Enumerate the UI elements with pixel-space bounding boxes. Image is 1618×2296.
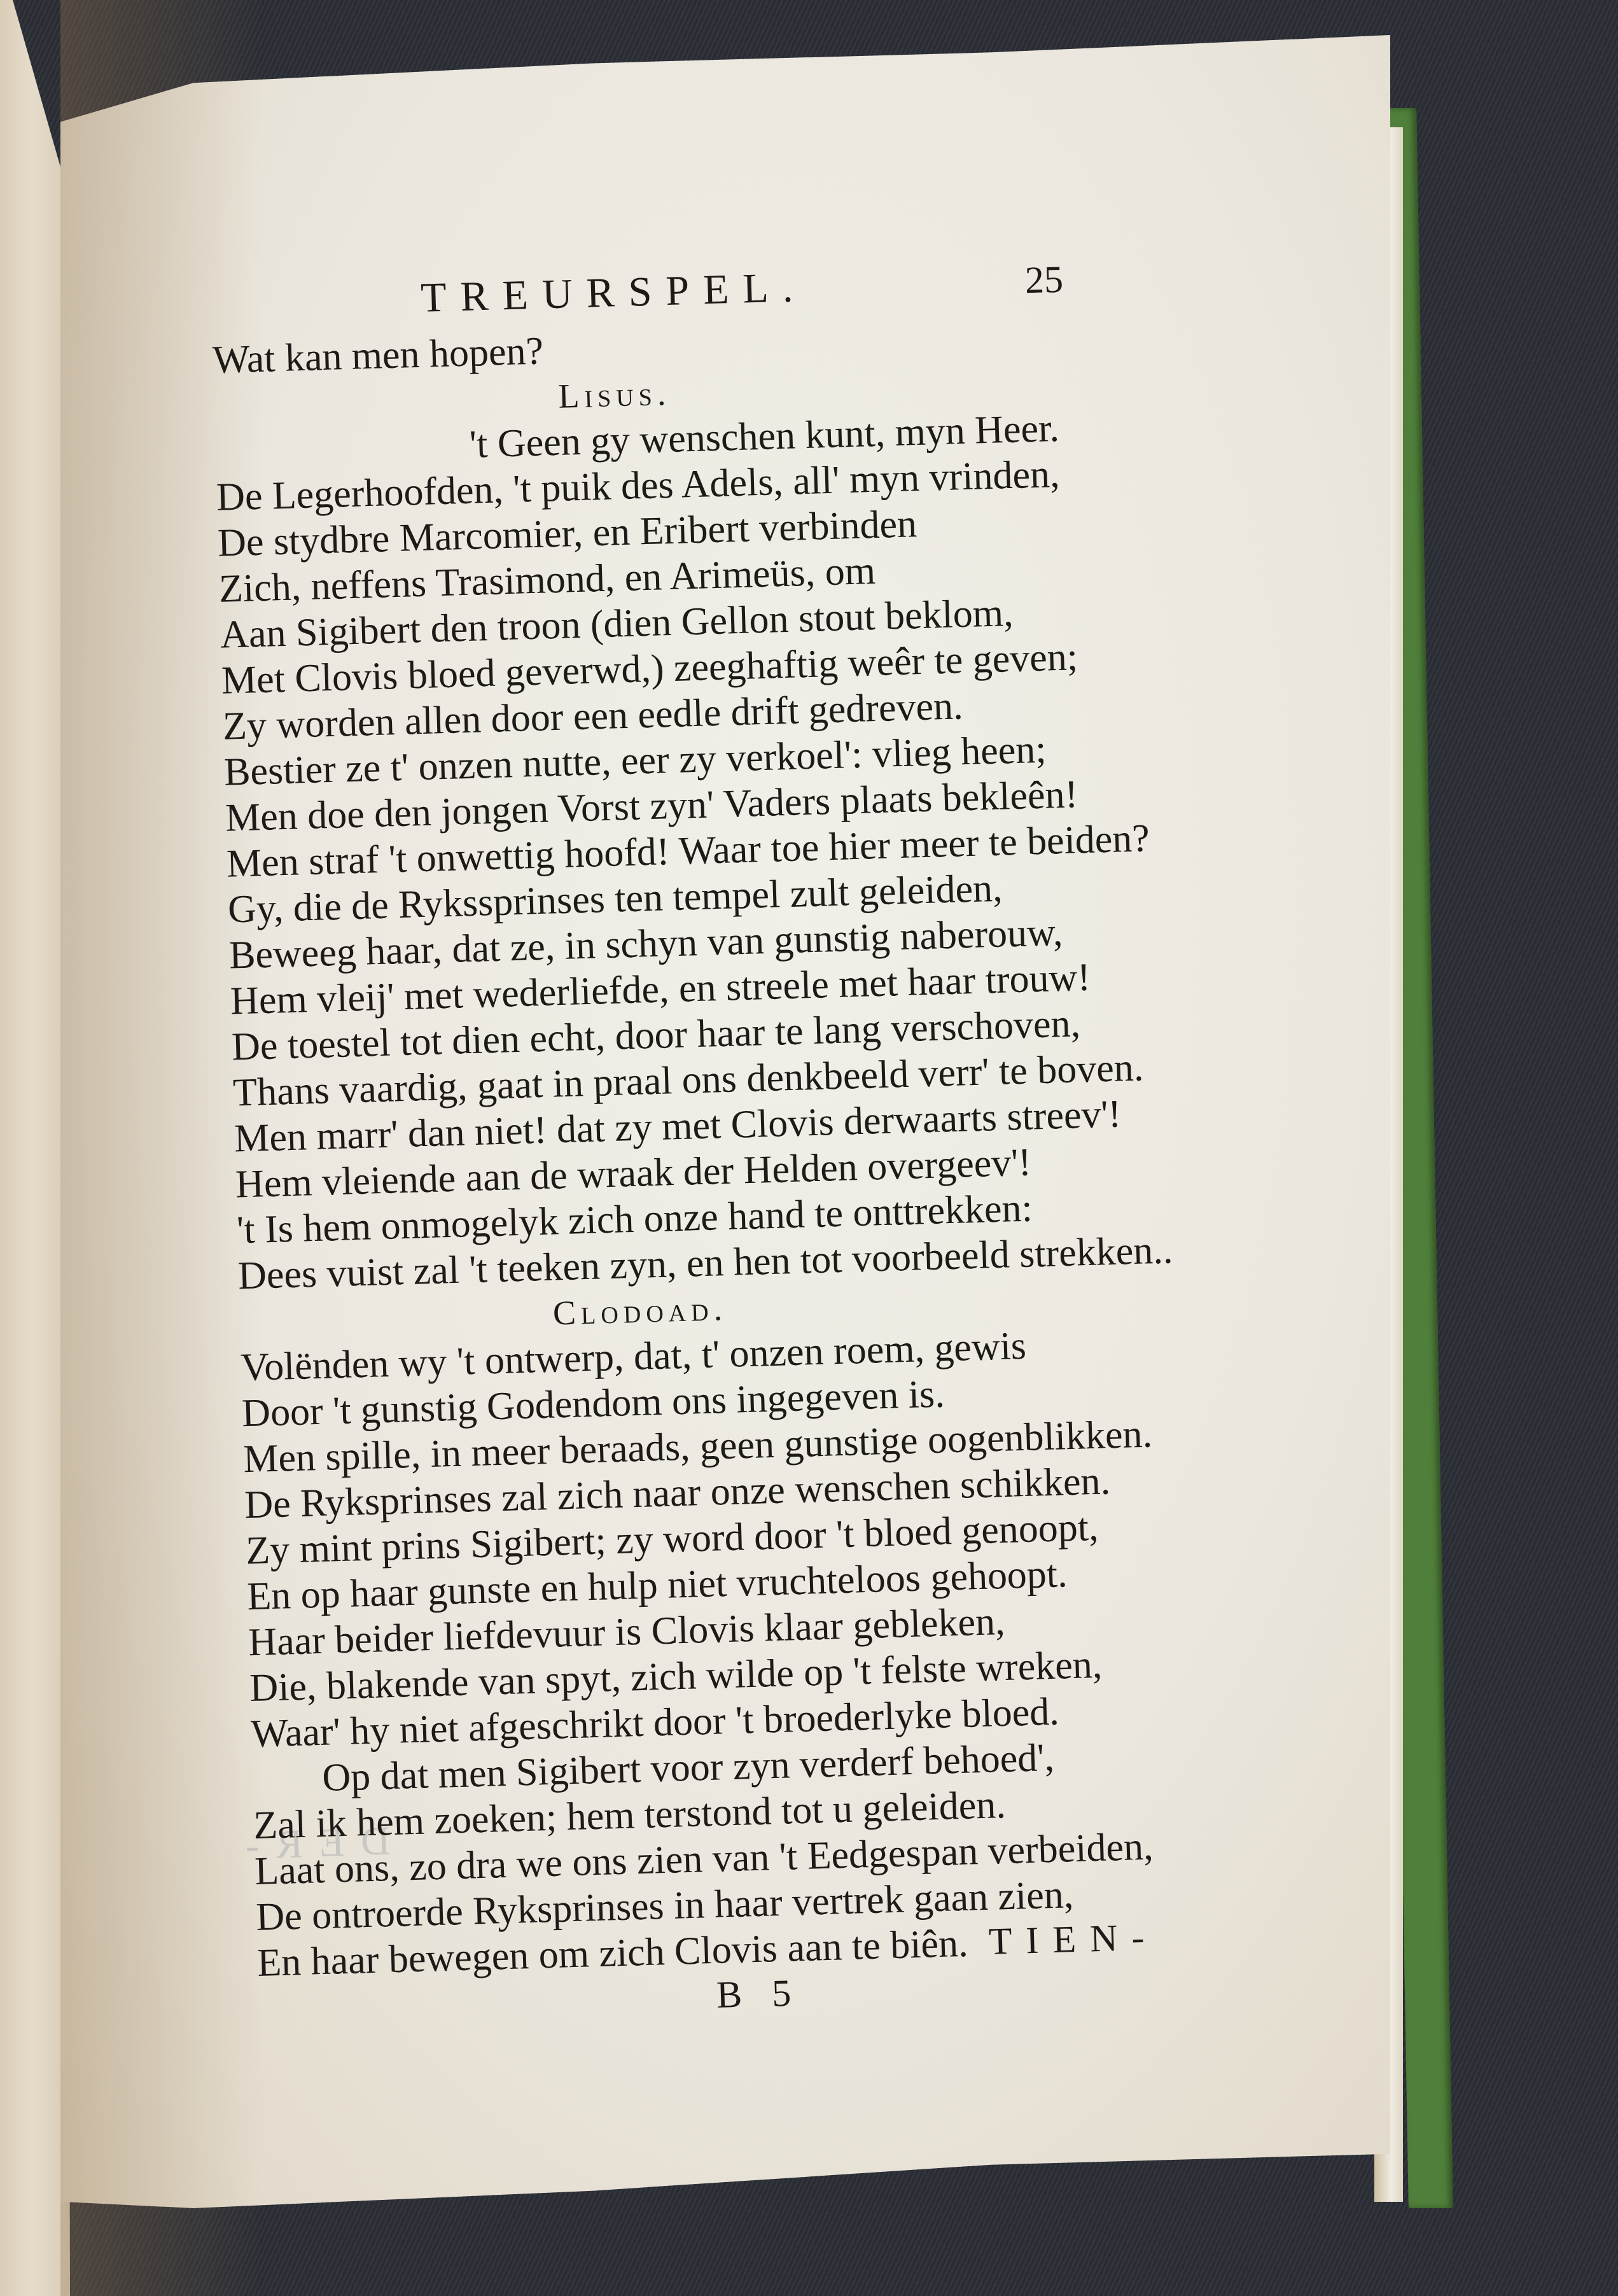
page-number: 25 [1024,258,1064,303]
facing-page-edge [0,0,70,2296]
verse-lines: Wat kan men hopen?Lisus.'t Geen gy wensc… [212,310,1244,1986]
catchword: TIEN- [988,1915,1159,1963]
running-title: TREURSPEL. [420,263,807,323]
page-text-block: TREURSPEL. 25 Wat kan men hopen?Lisus.'t… [210,240,1245,2037]
signature-mark: B 5 [716,1971,802,2017]
